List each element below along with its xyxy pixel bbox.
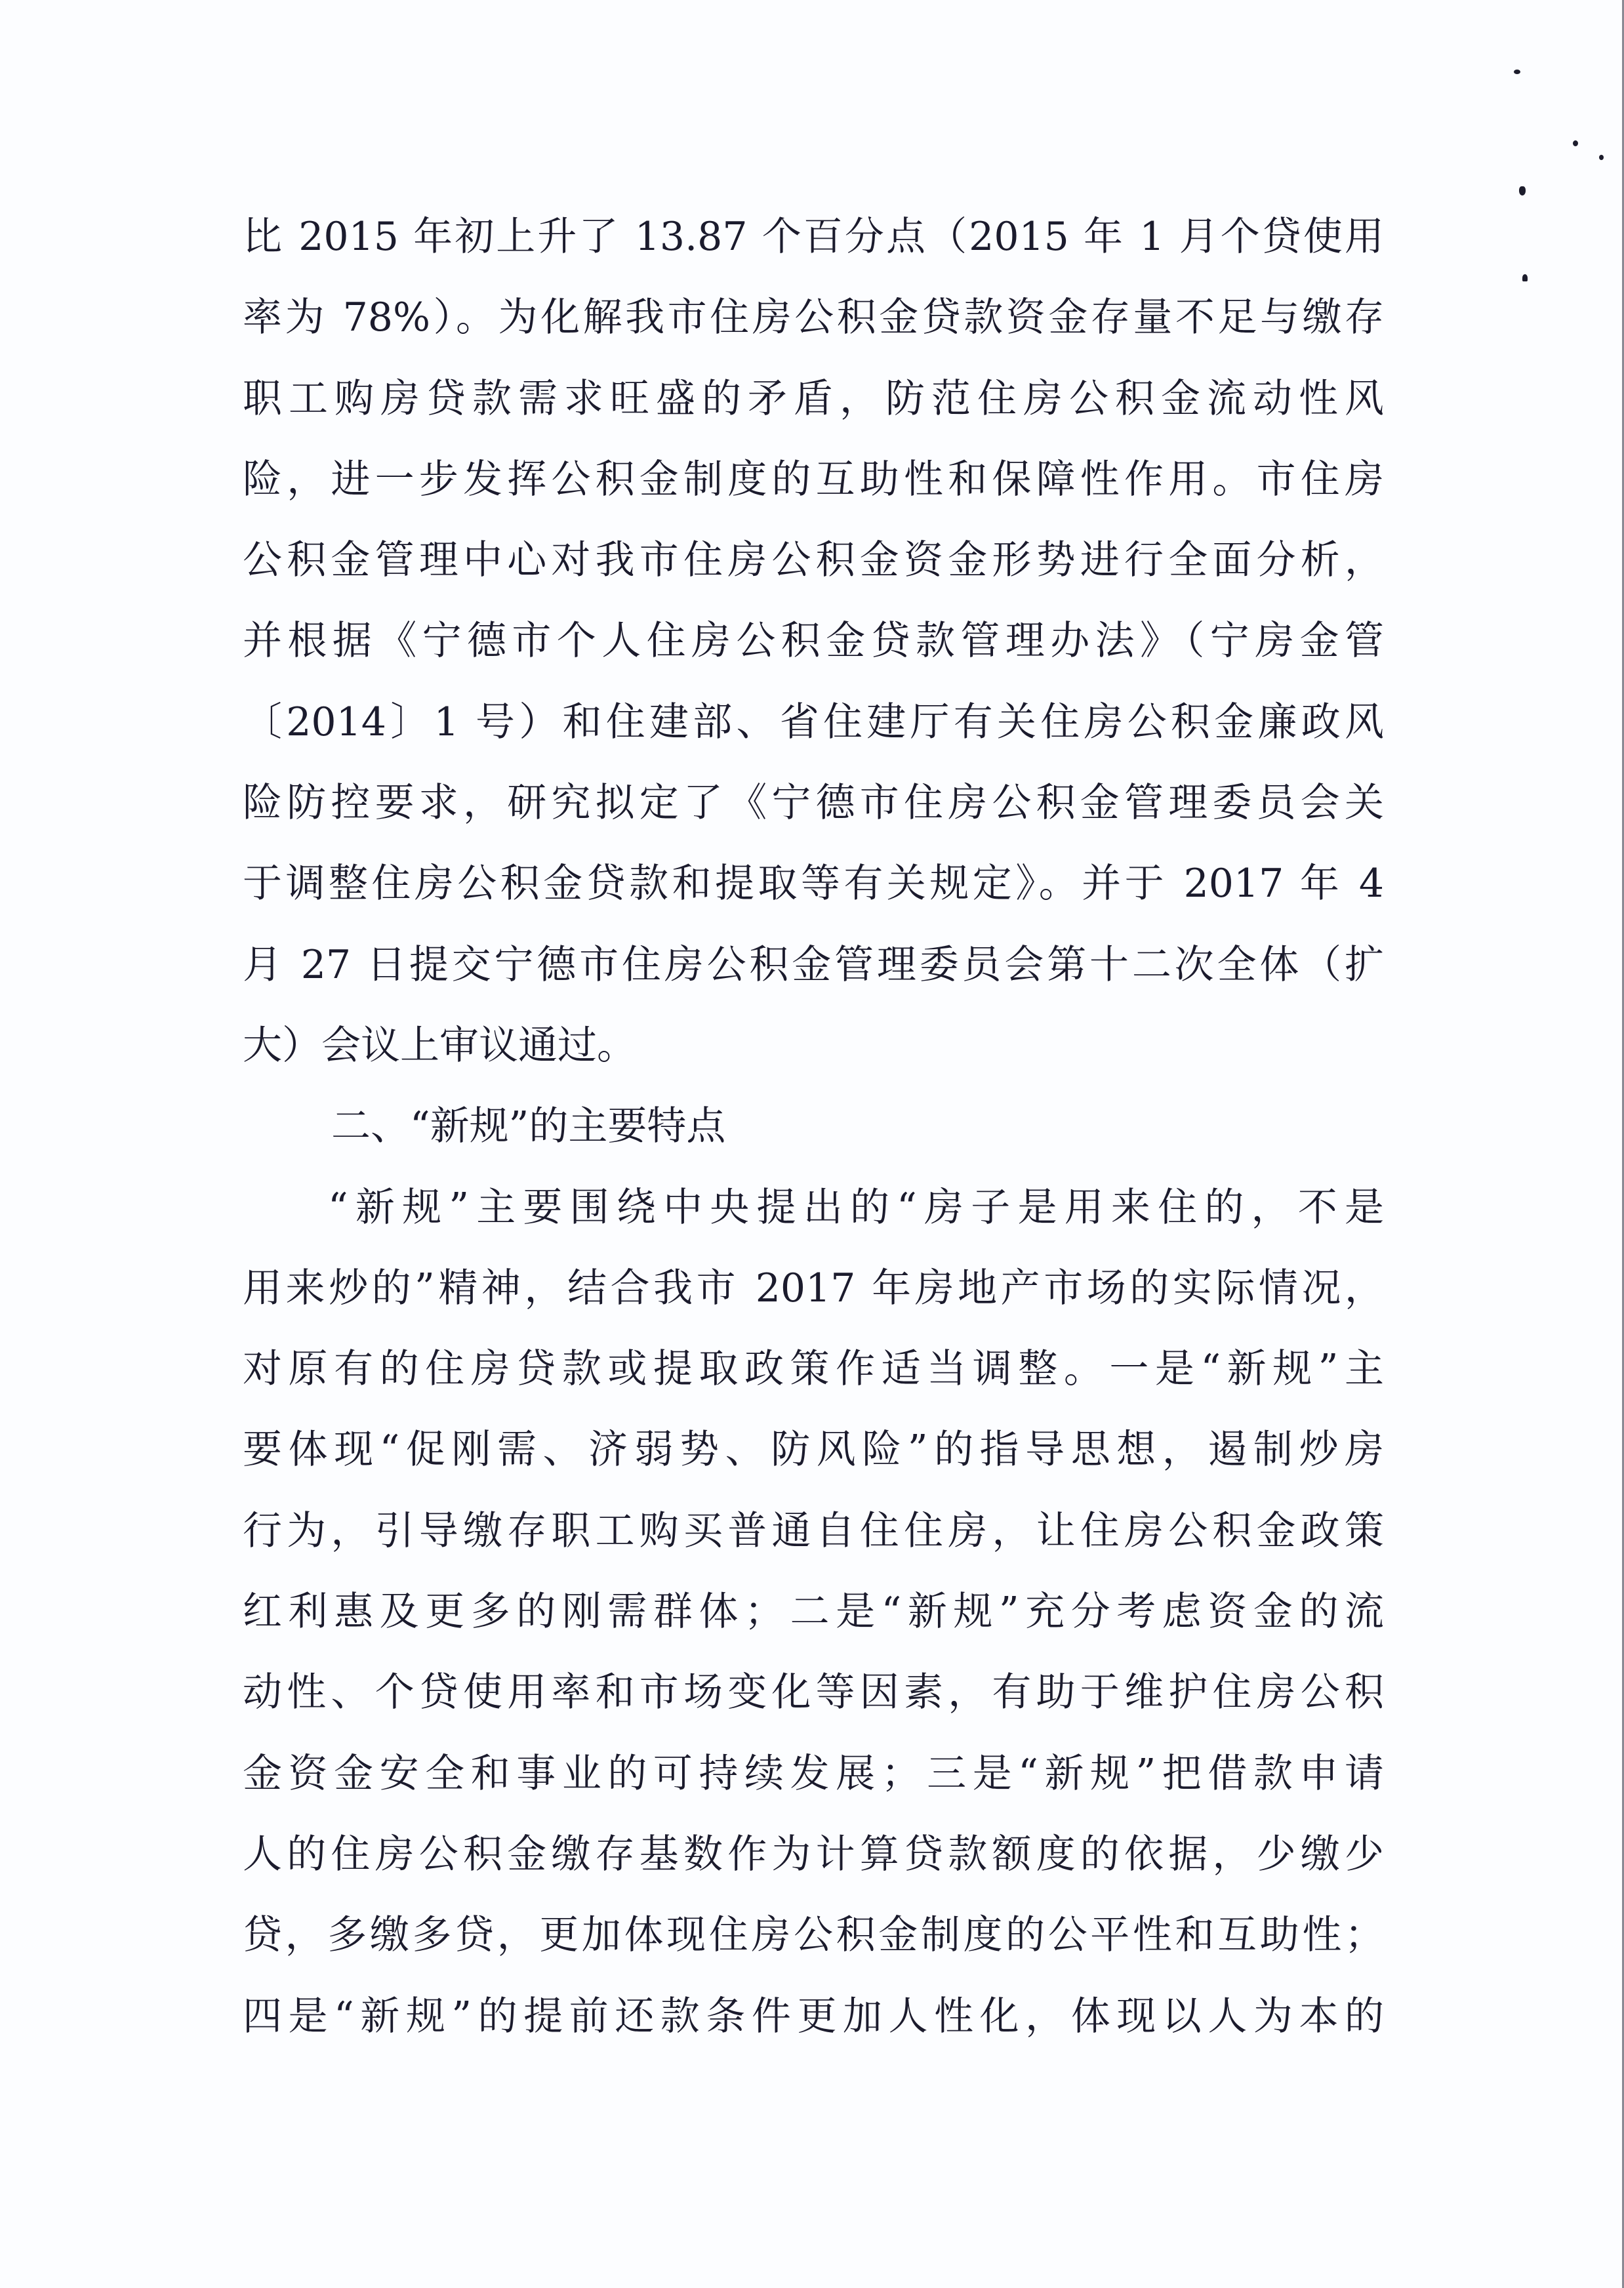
document-body: 比 2015 年初上升了 13.87 个百分点（2015 年 1 月个贷使用 率… [243, 197, 1384, 2057]
paragraph: 比 2015 年初上升了 13.87 个百分点（2015 年 1 月个贷使用 率… [243, 197, 1384, 1086]
scan-speck [1522, 274, 1528, 281]
text-line: 对原有的住房贷款或提取政策作适当调整。一是“新规”主 [243, 1329, 1384, 1410]
text-line: 比 2015 年初上升了 13.87 个百分点（2015 年 1 月个贷使用 [243, 197, 1384, 277]
text-line: 用来炒的”精神，结合我市 2017 年房地产市场的实际情况， [243, 1248, 1384, 1329]
text-line: 月 27 日提交宁德市住房公积金管理委员会第十二次全体（扩 [243, 925, 1384, 1006]
text-line: 于调整住房公积金贷款和提取等有关规定》。并于 2017 年 4 [243, 844, 1384, 924]
scan-speck [1599, 155, 1604, 160]
text-line: 金资金安全和事业的可持续发展；三是“新规”把借款申请 [243, 1734, 1384, 1814]
text-line: 公积金管理中心对我市住房公积金资金形势进行全面分析， [243, 520, 1384, 601]
text-line: 贷，多缴多贷，更加体现住房公积金制度的公平性和互助性； [243, 1895, 1384, 1976]
scanned-page: 比 2015 年初上升了 13.87 个百分点（2015 年 1 月个贷使用 率… [0, 0, 1624, 2288]
text-line: “新规”主要围绕中央提出的“房子是用来住的，不是 [243, 1168, 1384, 1248]
text-line: 四是“新规”的提前还款条件更加人性化，体现以人为本的 [243, 1976, 1384, 2057]
text-line: 险防控要求，研究拟定了《宁德市住房公积金管理委员会关 [243, 763, 1384, 844]
text-line: 职工购房贷款需求旺盛的矛盾，防范住房公积金流动性风 [243, 359, 1384, 439]
section-heading: 二、“新规”的主要特点 [243, 1086, 1384, 1167]
text-line: 大）会议上审议通过。 [243, 1006, 1384, 1086]
text-line: 并根据《宁德市个人住房公积金贷款管理办法》（宁房金管 [243, 601, 1384, 682]
text-line: 人的住房公积金缴存基数作为计算贷款额度的依据，少缴少 [243, 1814, 1384, 1895]
text-line: 率为 78%）。为化解我市住房公积金贷款资金存量不足与缴存 [243, 277, 1384, 358]
scan-speck [1514, 70, 1520, 74]
scan-speck [1573, 140, 1578, 146]
text-line: 要体现“促刚需、济弱势、防风险”的指导思想，遏制炒房 [243, 1410, 1384, 1490]
text-line: 〔2014〕1 号）和住建部、省住建厅有关住房公积金廉政风 [243, 682, 1384, 763]
text-line: 红利惠及更多的刚需群体；二是“新规”充分考虑资金的流 [243, 1572, 1384, 1652]
scan-speck [1519, 186, 1526, 195]
text-line: 行为，引导缴存职工购买普通自住住房，让住房公积金政策 [243, 1491, 1384, 1572]
paragraph: “新规”主要围绕中央提出的“房子是用来住的，不是 用来炒的”精神，结合我市 20… [243, 1168, 1384, 2057]
text-line: 动性、个贷使用率和市场变化等因素，有助于维护住房公积 [243, 1652, 1384, 1733]
text-line: 险，进一步发挥公积金制度的互助性和保障性作用。市住房 [243, 439, 1384, 520]
